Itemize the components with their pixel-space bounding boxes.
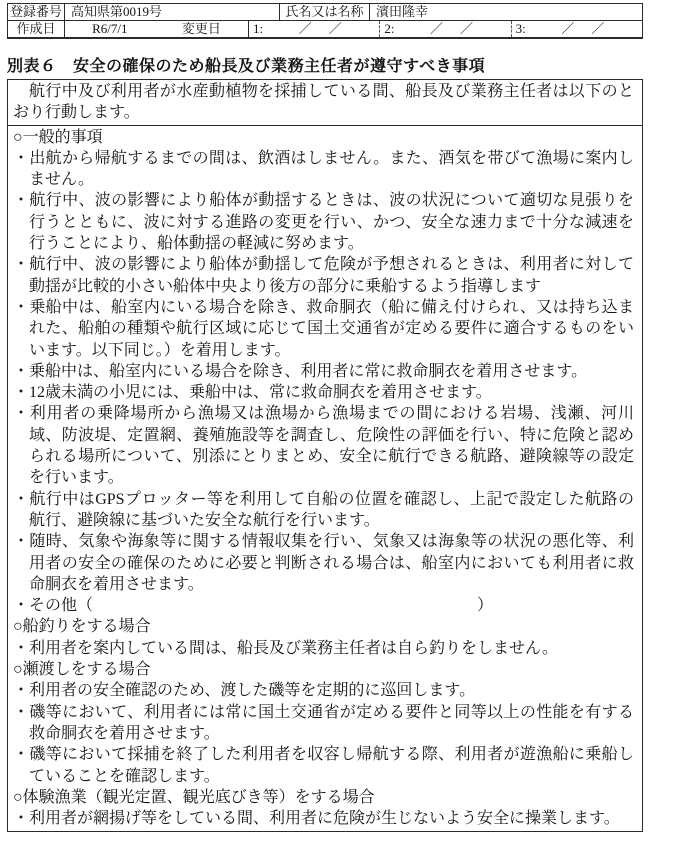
holder-name-value: 濱田隆幸 [369, 4, 642, 20]
change-date-3-placeholder: ／ ／ [526, 21, 642, 37]
list-item: ・航行中、波の影響により船体が動揺して危険が予想されるときは、利用者に対して動揺… [13, 254, 634, 297]
list-item: ・乗船中は、船室内にいる場合を除き、利用者に常に救命胴衣を着用させます。 [13, 361, 634, 382]
change-date-1-placeholder: ／ ／ [263, 21, 379, 37]
registration-number-value: 高知県第0019号 [64, 4, 279, 20]
page-title: 別表６ 安全の確保のため船長及び業務主任者が遵守すべき事項 [7, 57, 698, 77]
dates-row: 作成日 R6/7/1 変更日 1: ／ ／ 2: ／ ／ 3: ／ ／ [8, 21, 642, 37]
change-date-2-placeholder: ／ ／ [394, 21, 510, 37]
registration-header-table: 登録番号 高知県第0019号 氏名又は名称 濱田隆幸 作成日 R6/7/1 変更… [7, 3, 643, 39]
created-date-value: R6/7/1 [92, 21, 127, 37]
created-date-label: 作成日 [8, 21, 64, 37]
list-item: ・航行中、波の影響により船体が動揺するときは、波の状況について適切な見張りを行う… [13, 190, 634, 254]
list-item: ・利用者を案内している間は、船長及び業務主任者は自ら釣りをしません。 [13, 638, 634, 659]
holder-name-label: 氏名又は名称 [279, 4, 369, 20]
document-page: 登録番号 高知県第0019号 氏名又は名称 濱田隆幸 作成日 R6/7/1 変更… [0, 0, 698, 846]
created-date-cell: R6/7/1 変更日 [64, 21, 248, 37]
list-item: ・磯等において、利用者には常に国土交通省が定める要件と同等以上の性能を有する救命… [13, 702, 634, 745]
list-item: ・随時、気象や海象等に関する情報収集を行い、気象又は海象等の状況の悪化等、利用者… [13, 531, 634, 595]
list-item: ・その他（ ） [13, 595, 634, 616]
list-item: ・利用者が網揚げ等をしている間、利用者に危険が生じないよう安全に操業します。 [13, 808, 634, 829]
list-item: ・出航から帰航するまでの間は、飲酒はしません。また、酒気を帯びて漁場に案内しませ… [13, 148, 634, 191]
list-item: ・利用者の安全確認のため、渡した磯等を定期的に巡回します。 [13, 680, 634, 701]
change-date-1-number: 1: [253, 21, 263, 37]
list-item: ・12歳未満の小児には、乗船中は、常に救命胴衣を着用させます。 [13, 382, 634, 403]
changed-date-label: 変更日 [182, 21, 221, 37]
change-date-3: 3: ／ ／ [511, 21, 642, 37]
list-item: ・磯等において採捕を終了した利用者を収容し帰航する際、利用者が遊漁船に乗船してい… [13, 744, 634, 787]
intro-paragraph: 航行中及び利用者が水産動植物を採捕している間、船長及び業務主任者は以下のとおり行… [8, 80, 642, 126]
change-date-2-number: 2: [384, 21, 394, 37]
registration-row: 登録番号 高知県第0019号 氏名又は名称 濱田隆幸 [8, 4, 642, 21]
section-heading: ○体験漁業（観光定置、観光底びき等）をする場合 [13, 787, 634, 808]
list-item: ・乗船中は、船室内にいる場合を除き、救命胴衣（船に備え付けられ、又は持ち込まれた… [13, 297, 634, 361]
rules-list: ○一般的事項・出航から帰航するまでの間は、飲酒はしません。また、酒気を帯びて漁場… [8, 126, 642, 832]
change-date-2: 2: ／ ／ [379, 21, 510, 37]
rules-box: 航行中及び利用者が水産動植物を採捕している間、船長及び業務主任者は以下のとおり行… [7, 79, 643, 832]
change-date-1: 1: ／ ／ [248, 21, 379, 37]
registration-number-label: 登録番号 [8, 4, 64, 20]
list-item: ・利用者の乗降場所から漁場又は漁場から漁場までの間における岩場、浅瀬、河川域、防… [13, 403, 634, 488]
list-item: ・航行中はGPSプロッター等を利用して自船の位置を確認し、上記で設定した航路の航… [13, 489, 634, 532]
change-date-3-number: 3: [516, 21, 526, 37]
section-heading: ○瀬渡しをする場合 [13, 659, 634, 680]
section-heading: ○船釣りをする場合 [13, 616, 634, 637]
section-heading: ○一般的事項 [13, 127, 634, 148]
